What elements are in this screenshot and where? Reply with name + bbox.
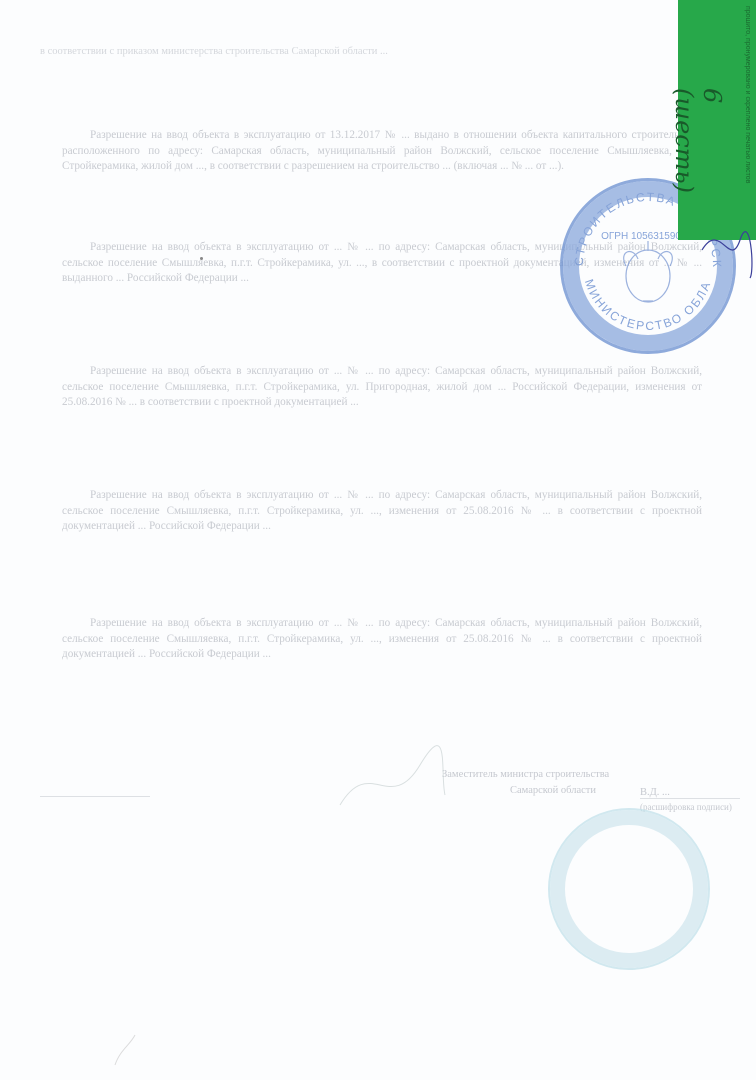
header-text: в соответствии с приказом министерства с… [40, 45, 650, 59]
signature-rule-right [640, 798, 740, 799]
paragraph-3: Разрешение на ввод объекта в эксплуатаци… [62, 364, 702, 411]
signature-over-sticker-icon [700, 210, 756, 280]
faint-stamp [548, 808, 710, 970]
document-page: в соответствии с приказом министерства с… [0, 0, 756, 1080]
sticker-handwritten-count: 6 (шесть) [670, 88, 726, 193]
binding-sticker: прошито, пронумеровано и скреплено печат… [678, 0, 756, 240]
signature-position-line2: Самарской области [510, 784, 596, 798]
signature-rule-left [40, 796, 150, 797]
signature-scribble-icon [330, 735, 450, 825]
paragraph-5: Разрешение на ввод объекта в эксплуатаци… [62, 616, 702, 663]
paragraph-4: Разрешение на ввод объекта в эксплуатаци… [62, 488, 702, 535]
speck [200, 257, 203, 260]
signature-position-line1: Заместитель министра строительства [442, 768, 609, 782]
pen-mark-icon [110, 1030, 140, 1070]
paragraph-1: Разрешение на ввод объекта в эксплуатаци… [62, 128, 702, 175]
